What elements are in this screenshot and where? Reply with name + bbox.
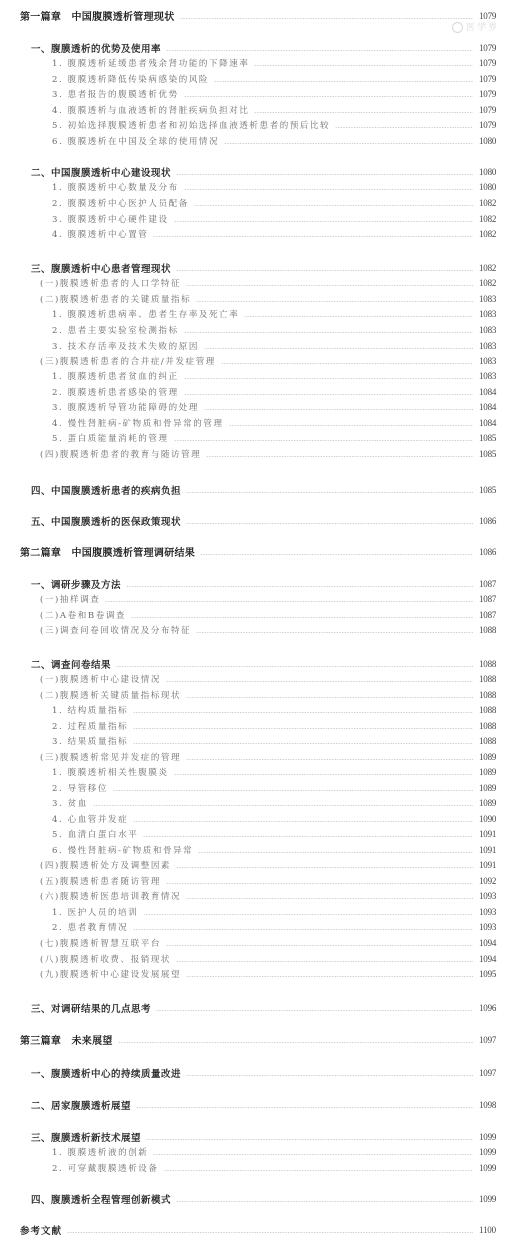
- toc-entry-title: (四)腹膜透析患者的教育与随访管理: [0, 448, 204, 460]
- toc-entry-item[interactable]: 5. 初始选择腹膜透析患者和初始选择血液透析患者的预后比较 1079: [0, 117, 516, 132]
- toc-entry-title: (三)调查问卷回收情况及分布特征: [0, 624, 194, 636]
- dot-leader: [113, 790, 473, 791]
- dot-leader: [133, 743, 473, 744]
- dot-leader: [116, 666, 473, 667]
- toc-entry-item[interactable]: 3. 患者报告的腹膜透析优势 1079: [0, 86, 516, 101]
- toc-entry-page-number: 1088: [479, 736, 503, 746]
- toc-entry-title: (三)腹膜透析患者的合并症/并发症管理: [0, 355, 219, 367]
- toc-entry-title: 五、中国腹膜透析的医保政策现状: [0, 514, 184, 528]
- toc-entry-page-number: 1089: [479, 767, 503, 777]
- toc-entry-section[interactable]: 一、腹膜透析的优势及使用率 1079: [0, 40, 516, 55]
- toc-entry-page-number: 1097: [479, 1035, 503, 1045]
- dot-leader: [176, 174, 473, 175]
- toc-entry-item[interactable]: 2. 可穿戴腹膜透析设备 1099: [0, 1160, 516, 1175]
- toc-entry-page-number: 1080: [479, 167, 503, 177]
- dot-leader: [131, 617, 473, 618]
- toc-entry-page-number: 1080: [479, 182, 503, 192]
- toc-entry-title: 2. 腹膜透析降低传染病感染的风险: [0, 73, 212, 85]
- watermark-logo-icon: [452, 22, 463, 33]
- dot-leader: [133, 712, 473, 713]
- dot-leader: [335, 127, 473, 128]
- toc-entry-title: 4. 慢性肾脏病-矿物质和骨异常的管理: [0, 417, 227, 429]
- toc-entry-item[interactable]: 3. 结果质量指标 1088: [0, 733, 516, 748]
- toc-entry-title: (二)腹膜透析关键质量指标现状: [0, 689, 184, 701]
- dot-leader: [176, 1201, 473, 1202]
- toc-entry-title: 3. 腹膜透析中心硬件建设: [0, 213, 172, 225]
- dot-leader: [224, 143, 473, 144]
- toc-entry-section[interactable]: 四、腹膜透析全程管理创新模式 1099: [0, 1191, 516, 1206]
- toc-entry-title: (九)腹膜透析中心建设发展展望: [0, 968, 184, 980]
- dot-leader: [133, 728, 473, 729]
- toc-entry-title: 四、中国腹膜透析患者的疾病负担: [0, 483, 184, 497]
- toc-entry-title: 三、腹膜透析新技术展望: [0, 1130, 144, 1144]
- toc-entry-title: 6. 腹膜透析在中国及全球的使用情况: [0, 135, 222, 147]
- toc-entry-title: 二、调查问卷结果: [0, 657, 114, 671]
- toc-entry-page-number: 1093: [479, 891, 503, 901]
- toc-entry-title: 5. 初始选择腹膜透析患者和初始选择血液透析患者的预后比较: [0, 119, 333, 131]
- dot-leader: [221, 363, 473, 364]
- toc-entry-title: 2. 患者教育情况: [0, 921, 131, 933]
- toc-entry-title: 第二篇章 中国腹膜透析管理调研结果: [0, 544, 198, 559]
- dot-leader: [136, 1107, 473, 1108]
- toc-entry-section[interactable]: 三、对调研结果的几点思考 1096: [0, 1000, 516, 1015]
- toc-entry-item[interactable]: 1. 腹膜透析延缓患者残余肾功能的下降速率 1079: [0, 55, 516, 70]
- toc-entry-title: (二)A卷和B卷调查: [0, 609, 129, 621]
- toc-entry-title: 2. 导管移位: [0, 782, 111, 794]
- toc-entry-item[interactable]: 3. 技术存活率及技术失败的原因 1083: [0, 338, 516, 353]
- toc-entry-page-number: 1080: [479, 136, 503, 146]
- toc-entry-sub[interactable]: (二)A卷和B卷调查 1087: [0, 607, 516, 622]
- toc-entry-page-number: 1079: [479, 43, 503, 53]
- toc-entry-page-number: 1096: [479, 1003, 503, 1013]
- toc-entry-sub[interactable]: (一)腹膜透析患者的人口学特征 1082: [0, 275, 516, 290]
- dot-leader: [143, 836, 473, 837]
- dot-leader: [198, 852, 473, 853]
- toc-entry-section[interactable]: 一、调研步骤及方法 1087: [0, 576, 516, 591]
- toc-entry-sub[interactable]: (三)调查问卷回收情况及分布特征 1088: [0, 622, 516, 637]
- dot-leader: [174, 221, 473, 222]
- toc-entry-title: 1. 腹膜透析相关性腹膜炎: [0, 766, 172, 778]
- dot-leader: [67, 1232, 473, 1233]
- dot-leader: [184, 332, 473, 333]
- toc-entry-page-number: 1087: [479, 610, 503, 620]
- toc-entry-item[interactable]: 1. 医护人员的培训 1093: [0, 904, 516, 919]
- toc-entry-title: 2. 腹膜透析中心医护人员配备: [0, 197, 192, 209]
- toc-entry-title: (四)腹膜透析处方及调整因素: [0, 859, 174, 871]
- toc-entry-title: (一)抽样调查: [0, 593, 103, 605]
- toc-entry-title: 一、腹膜透析的优势及使用率: [0, 41, 164, 55]
- toc-entry-page-number: 1094: [479, 938, 503, 948]
- dot-leader: [143, 914, 473, 915]
- toc-entry-chapter[interactable]: 第三篇章 未来展望 1097: [0, 1032, 516, 1047]
- toc-entry-page-number: 1083: [479, 294, 503, 304]
- watermark: 医学界: [452, 20, 499, 33]
- toc-entry-title: 二、居家腹膜透析展望: [0, 1098, 134, 1112]
- dot-leader: [214, 81, 473, 82]
- toc-entry-page-number: 1082: [479, 214, 503, 224]
- toc-entry-item[interactable]: 2. 腹膜透析降低传染病感染的风险 1079: [0, 71, 516, 86]
- toc-entry-title: 2. 可穿戴腹膜透析设备: [0, 1162, 162, 1174]
- toc-entry-sub[interactable]: (四)腹膜透析处方及调整因素 1091: [0, 857, 516, 872]
- toc-entry-page-number: 1088: [479, 721, 503, 731]
- toc-entry-sub[interactable]: (九)腹膜透析中心建设发展展望 1095: [0, 966, 516, 981]
- dot-leader: [196, 301, 473, 302]
- dot-leader: [146, 1139, 473, 1140]
- dot-leader: [184, 394, 473, 395]
- toc-entry-page-number: 1097: [479, 1068, 503, 1078]
- dot-leader: [186, 492, 473, 493]
- toc-entry-title: 二、中国腹膜透析中心建设现状: [0, 165, 174, 179]
- toc-entry-section[interactable]: 五、中国腹膜透析的医保政策现状 1086: [0, 513, 516, 528]
- watermark-text: 医学界: [466, 23, 499, 33]
- toc-entry-item[interactable]: 2. 腹膜透析患者感染的管理 1084: [0, 384, 516, 399]
- toc-entry-item[interactable]: 2. 过程质量指标 1088: [0, 718, 516, 733]
- toc-entry-item[interactable]: 6. 腹膜透析在中国及全球的使用情况 1080: [0, 133, 516, 148]
- toc-entry-item[interactable]: 2. 患者教育情况 1093: [0, 919, 516, 934]
- dot-leader: [166, 681, 473, 682]
- toc-entry-title: 1. 腹膜透析液的创新: [0, 1146, 151, 1158]
- dot-leader: [156, 1010, 473, 1011]
- dot-leader: [186, 523, 473, 524]
- toc-entry-section[interactable]: 二、调查问卷结果 1088: [0, 656, 516, 671]
- toc-entry-section[interactable]: 二、居家腹膜透析展望 1098: [0, 1097, 516, 1112]
- toc-entry-page-number: 1089: [479, 752, 503, 762]
- toc-entry-item[interactable]: 2. 导管移位 1089: [0, 780, 516, 795]
- dot-leader: [118, 1042, 473, 1043]
- toc-entry-page-number: 1088: [479, 690, 503, 700]
- toc-entry-section[interactable]: 三、腹膜透析中心患者管理现状 1082: [0, 260, 516, 275]
- dot-leader: [166, 883, 473, 884]
- toc-entry-item[interactable]: 1. 结构质量指标 1088: [0, 702, 516, 717]
- toc-entry-sub[interactable]: (二)腹膜透析关键质量指标现状 1088: [0, 687, 516, 702]
- toc-entry-title: 2. 患者主要实验室检测指标: [0, 324, 182, 336]
- dot-leader: [153, 236, 473, 237]
- toc-entry-sub[interactable]: (七)腹膜透析智慧互联平台 1094: [0, 935, 516, 950]
- toc-entry-title: (二)腹膜透析患者的关键质量指标: [0, 293, 194, 305]
- toc-entry-title: 1. 腹膜透析延缓患者残余肾功能的下降速率: [0, 57, 252, 69]
- toc-entry-sub[interactable]: (四)腹膜透析患者的教育与随访管理 1085: [0, 446, 516, 461]
- dot-leader: [184, 378, 473, 379]
- dot-leader: [174, 440, 473, 441]
- toc-entry-title: 3. 贫血: [0, 797, 91, 809]
- toc-entry-page-number: 1084: [479, 402, 503, 412]
- toc-entry-page-number: 1088: [479, 625, 503, 635]
- toc-entry-title: 1. 医护人员的培训: [0, 906, 141, 918]
- dot-leader: [133, 929, 473, 930]
- toc-entry-item[interactable]: 1. 腹膜透析患者贫血的纠正 1083: [0, 368, 516, 383]
- dot-leader: [93, 805, 473, 806]
- dot-leader: [176, 270, 473, 271]
- toc-entry-title: 参考文献: [0, 1223, 65, 1237]
- dot-leader: [180, 18, 474, 19]
- toc-entry-item[interactable]: 1. 腹膜透析液的创新 1099: [0, 1144, 516, 1159]
- dot-leader: [196, 632, 473, 633]
- toc-entry-sub[interactable]: (六)腹膜透析医患培训教育情况 1093: [0, 888, 516, 903]
- toc-entry-page-number: 1086: [479, 516, 503, 526]
- toc-entry-page-number: 1079: [479, 89, 503, 99]
- toc-entry-item[interactable]: 4. 慢性肾脏病-矿物质和骨异常的管理 1084: [0, 415, 516, 430]
- toc-entry-title: (六)腹膜透析医患培训教育情况: [0, 890, 184, 902]
- toc-entry-item[interactable]: 1. 腹膜透析相关性腹膜炎 1089: [0, 764, 516, 779]
- dot-leader: [204, 409, 473, 410]
- toc-entry-title: 4. 腹膜透析与血液透析的肾脏疾病负担对比: [0, 104, 252, 116]
- toc-entry-page-number: 1079: [479, 58, 503, 68]
- toc-entry-page-number: 1092: [479, 876, 503, 886]
- toc-entry-title: 三、对调研结果的几点思考: [0, 1001, 154, 1015]
- dot-leader: [200, 554, 473, 555]
- toc-entry-page-number: 1083: [479, 341, 503, 351]
- dot-leader: [186, 285, 473, 286]
- toc-entry-page-number: 1088: [479, 705, 503, 715]
- toc-entry-item[interactable]: 3. 腹膜透析中心硬件建设 1082: [0, 211, 516, 226]
- toc-entry-item[interactable]: 3. 腹膜透析导管功能障碍的处理 1084: [0, 399, 516, 414]
- toc-entry-title: 1. 腹膜透析中心数量及分布: [0, 181, 182, 193]
- toc-entry-title: (五)腹膜透析患者随访管理: [0, 875, 164, 887]
- toc-entry-page-number: 1099: [479, 1163, 503, 1173]
- toc-entry-title: (七)腹膜透析智慧互联平台: [0, 937, 164, 949]
- dot-leader: [186, 898, 473, 899]
- toc-entry-page-number: 1083: [479, 371, 503, 381]
- toc-entry-page-number: 1093: [479, 907, 503, 917]
- dot-leader: [254, 65, 473, 66]
- dot-leader: [164, 1170, 473, 1171]
- toc-entry-page-number: 1082: [479, 198, 503, 208]
- toc-entry-page-number: 1091: [479, 829, 503, 839]
- toc-entry-item[interactable]: 1. 腹膜透析中心数量及分布 1080: [0, 179, 516, 194]
- toc-entry-title: 3. 结果质量指标: [0, 735, 131, 747]
- toc-entry-page-number: 1083: [479, 309, 503, 319]
- toc-entry-title: (三)腹膜透析常见并发症的管理: [0, 751, 184, 763]
- toc-entry-title: (一)腹膜透析患者的人口学特征: [0, 277, 184, 289]
- toc-entry-page-number: 1079: [479, 120, 503, 130]
- toc-entry-title: (一)腹膜透析中心建设情况: [0, 673, 164, 685]
- toc-entry-page-number: 1082: [479, 229, 503, 239]
- toc-entry-title: 1. 腹膜透析患病率、患者生存率及死亡率: [0, 308, 242, 320]
- toc-entry-title: 四、腹膜透析全程管理创新模式: [0, 1192, 174, 1206]
- toc-entry-page-number: 1079: [479, 74, 503, 84]
- toc-entry-page-number: 1089: [479, 783, 503, 793]
- toc-entry-page-number: 1090: [479, 814, 503, 824]
- toc-entry-page-number: 1085: [479, 433, 503, 443]
- toc-entry-page-number: 1095: [479, 969, 503, 979]
- toc-entry-page-number: 1083: [479, 325, 503, 335]
- dot-leader: [133, 821, 473, 822]
- dot-leader: [186, 976, 473, 977]
- toc-entry-page-number: 1082: [479, 278, 503, 288]
- dot-leader: [194, 205, 473, 206]
- toc-entry-sub[interactable]: (八)腹膜透析收费、报销现状 1094: [0, 951, 516, 966]
- toc-entry-title: (八)腹膜透析收费、报销现状: [0, 953, 174, 965]
- dot-leader: [186, 759, 473, 760]
- toc-entry-title: 4. 腹膜透析中心置管: [0, 228, 151, 240]
- toc-entry-title: 第一篇章 中国腹膜透析管理现状: [0, 8, 178, 23]
- dot-leader: [186, 1075, 473, 1076]
- toc-entry-page-number: 1085: [479, 485, 503, 495]
- dot-leader: [126, 586, 473, 587]
- toc-entry-item[interactable]: 5. 蛋白质能量消耗的管理 1085: [0, 430, 516, 445]
- toc-entry-title: 2. 腹膜透析患者感染的管理: [0, 386, 182, 398]
- toc-entry-title: 3. 技术存活率及技术失败的原因: [0, 340, 202, 352]
- toc-entry-sub[interactable]: (三)腹膜透析常见并发症的管理 1089: [0, 749, 516, 764]
- toc-entry-page-number: 1079: [479, 105, 503, 115]
- dot-leader: [206, 456, 473, 457]
- toc-entry-item[interactable]: 2. 腹膜透析中心医护人员配备 1082: [0, 195, 516, 210]
- toc-entry-page-number: 1100: [479, 1225, 503, 1235]
- toc-entry-page-number: 1099: [479, 1132, 503, 1142]
- toc-entry-sub[interactable]: (一)抽样调查 1087: [0, 591, 516, 606]
- toc-entry-title: 一、调研步骤及方法: [0, 577, 124, 591]
- toc-entry-item[interactable]: 6. 慢性肾脏病-矿物质和骨异常 1091: [0, 842, 516, 857]
- toc-entry-page-number: 1094: [479, 954, 503, 964]
- toc-entry-item[interactable]: 2. 患者主要实验室检测指标 1083: [0, 322, 516, 337]
- toc-entry-title: 1. 腹膜透析患者贫血的纠正: [0, 370, 182, 382]
- dot-leader: [105, 601, 473, 602]
- toc-entry-item[interactable]: 4. 腹膜透析中心置管 1082: [0, 226, 516, 241]
- dot-leader: [186, 697, 473, 698]
- toc-entry-page-number: 1098: [479, 1100, 503, 1110]
- toc-entry-title: 2. 过程质量指标: [0, 720, 131, 732]
- toc-entry-section[interactable]: 四、中国腹膜透析患者的疾病负担 1085: [0, 482, 516, 497]
- toc-entry-title: 4. 心血管并发症: [0, 813, 131, 825]
- toc-entry-page-number: 1089: [479, 798, 503, 808]
- dot-leader: [229, 425, 473, 426]
- toc-entry-page-number: 1093: [479, 922, 503, 932]
- dot-leader: [254, 112, 473, 113]
- toc-entry-title: 5. 血清白蛋白水平: [0, 828, 141, 840]
- toc-entry-page-number: 1079: [479, 11, 503, 21]
- toc-entry-page-number: 1091: [479, 845, 503, 855]
- toc-entry-page-number: 1084: [479, 387, 503, 397]
- toc-entry-sub[interactable]: (一)腹膜透析中心建设情况 1088: [0, 671, 516, 686]
- toc-entry-item[interactable]: 5. 血清白蛋白水平 1091: [0, 826, 516, 841]
- dot-leader: [176, 867, 473, 868]
- toc-entry-page-number: 1085: [479, 449, 503, 459]
- toc-entry-item[interactable]: 1. 腹膜透析患病率、患者生存率及死亡率 1083: [0, 306, 516, 321]
- toc-entry-title: 3. 腹膜透析导管功能障碍的处理: [0, 401, 202, 413]
- toc-entry-page-number: 1099: [479, 1194, 503, 1204]
- toc-entry-section[interactable]: 二、中国腹膜透析中心建设现状 1080: [0, 164, 516, 179]
- toc-entry-title: 一、腹膜透析中心的持续质量改进: [0, 1066, 184, 1080]
- toc-entry-page-number: 1083: [479, 356, 503, 366]
- toc-entry-title: 三、腹膜透析中心患者管理现状: [0, 261, 174, 275]
- dot-leader: [166, 50, 473, 51]
- dot-leader: [174, 774, 473, 775]
- toc-entry-page-number: 1099: [479, 1147, 503, 1157]
- dot-leader: [153, 1154, 473, 1155]
- toc-entry-sub[interactable]: (二)腹膜透析患者的关键质量指标 1083: [0, 291, 516, 306]
- dot-leader: [184, 96, 473, 97]
- toc-entry-page-number: 1088: [479, 674, 503, 684]
- dot-leader: [166, 945, 473, 946]
- toc-entry-section[interactable]: 一、腹膜透析中心的持续质量改进 1097: [0, 1065, 516, 1080]
- toc-entry-title: 第三篇章 未来展望: [0, 1032, 116, 1047]
- toc-entry-title: 1. 结构质量指标: [0, 704, 131, 716]
- dot-leader: [176, 961, 473, 962]
- dot-leader: [184, 189, 473, 190]
- toc-entry-chapter[interactable]: 第二篇章 中国腹膜透析管理调研结果 1086: [0, 544, 516, 559]
- toc-entry-section[interactable]: 三、腹膜透析新技术展望 1099: [0, 1129, 516, 1144]
- toc-entry-sub[interactable]: (五)腹膜透析患者随访管理 1092: [0, 873, 516, 888]
- toc-entry-title: 6. 慢性肾脏病-矿物质和骨异常: [0, 844, 196, 856]
- toc-entry-ref[interactable]: 参考文献 1100: [0, 1222, 516, 1237]
- toc-entry-page-number: 1088: [479, 659, 503, 669]
- toc-entry-page-number: 1086: [479, 547, 503, 557]
- toc-entry-item[interactable]: 4. 心血管并发症 1090: [0, 811, 516, 826]
- toc-entry-chapter[interactable]: 第一篇章 中国腹膜透析管理现状 1079: [0, 8, 516, 23]
- dot-leader: [244, 316, 473, 317]
- toc-entry-page-number: 1087: [479, 594, 503, 604]
- toc-entry-item[interactable]: 4. 腹膜透析与血液透析的肾脏疾病负担对比 1079: [0, 102, 516, 117]
- toc-entry-page-number: 1082: [479, 263, 503, 273]
- toc-entry-title: 5. 蛋白质能量消耗的管理: [0, 432, 172, 444]
- dot-leader: [204, 348, 473, 349]
- toc-entry-sub[interactable]: (三)腹膜透析患者的合并症/并发症管理 1083: [0, 353, 516, 368]
- toc-entry-item[interactable]: 3. 贫血 1089: [0, 795, 516, 810]
- toc-entry-page-number: 1084: [479, 418, 503, 428]
- toc-entry-page-number: 1091: [479, 860, 503, 870]
- toc-entry-title: 3. 患者报告的腹膜透析优势: [0, 88, 182, 100]
- toc-entry-page-number: 1087: [479, 579, 503, 589]
